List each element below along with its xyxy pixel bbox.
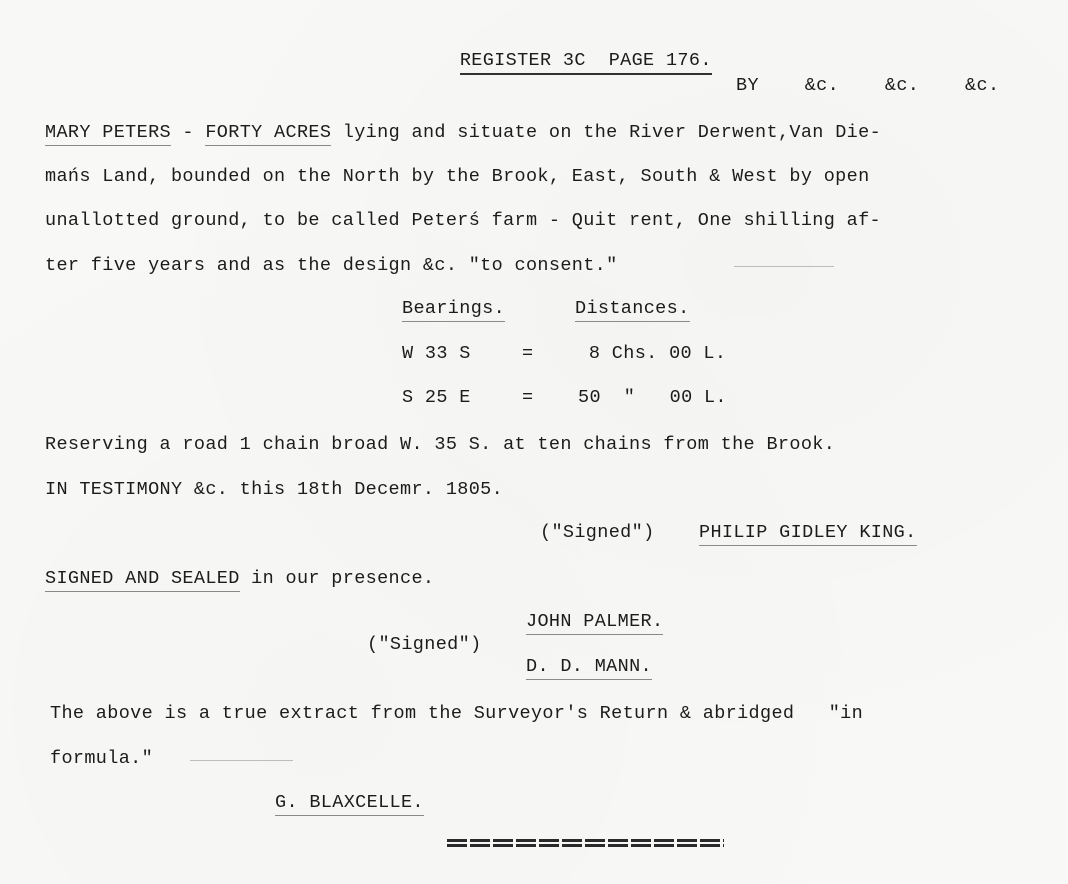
- grant-line-1: MARY PETERS - FORTY ACRES lying and situ…: [45, 124, 881, 143]
- certification-line-2: formula.": [50, 750, 153, 769]
- witness-name-2: D. D. MANN.: [526, 658, 652, 677]
- governor-signature: PHILIP GIDLEY KING.: [699, 524, 917, 543]
- register-number: REGISTER 3C: [460, 50, 586, 75]
- table-row-eq: =: [522, 389, 533, 408]
- document-page: REGISTER 3C PAGE 176. BY &c. &c. &c. MAR…: [0, 0, 1068, 884]
- table-row-distance: 50 " 00 L.: [578, 389, 727, 408]
- grant-line-4: ter five years and as the design &c. "to…: [45, 257, 618, 276]
- certification-line-1: The above is a true extract from the Sur…: [50, 705, 863, 724]
- witnesses-signed-label: ("Signed"): [367, 636, 482, 655]
- testimony-text: IN TESTIMONY &c. this 18th Decemr. 1805.: [45, 481, 503, 500]
- witness-intro: SIGNED AND SEALED in our presence.: [45, 570, 434, 589]
- bearings-header: Bearings.: [402, 300, 505, 319]
- grant-line-3: unallotted ground, to be called Peterś …: [45, 212, 881, 231]
- line-filler: [190, 760, 293, 761]
- governor-signed-label: ("Signed"): [540, 524, 655, 543]
- table-row-bearing: W 33 S: [402, 345, 471, 364]
- line-filler: [734, 266, 834, 267]
- reservation-text: Reserving a road 1 chain broad W. 35 S. …: [45, 436, 835, 455]
- certifier-signature: G. BLAXCELLE.: [275, 794, 424, 813]
- register-heading: REGISTER 3C PAGE 176.: [414, 33, 712, 89]
- table-row-eq: =: [522, 345, 533, 364]
- grant-area: FORTY ACRES: [205, 122, 331, 146]
- table-row-distance: 8 Chs. 00 L.: [566, 345, 726, 364]
- table-row-bearing: S 25 E: [402, 389, 471, 408]
- page-number: PAGE 176.: [609, 50, 712, 75]
- witness-name-1: JOHN PALMER.: [526, 613, 663, 632]
- grant-line-2: mańs Land, bounded on the North by the …: [45, 168, 870, 187]
- by-line: BY &c. &c. &c.: [736, 77, 999, 96]
- distances-header: Distances.: [575, 300, 690, 319]
- closing-double-rule: [447, 839, 724, 847]
- grantee-name: MARY PETERS: [45, 122, 171, 146]
